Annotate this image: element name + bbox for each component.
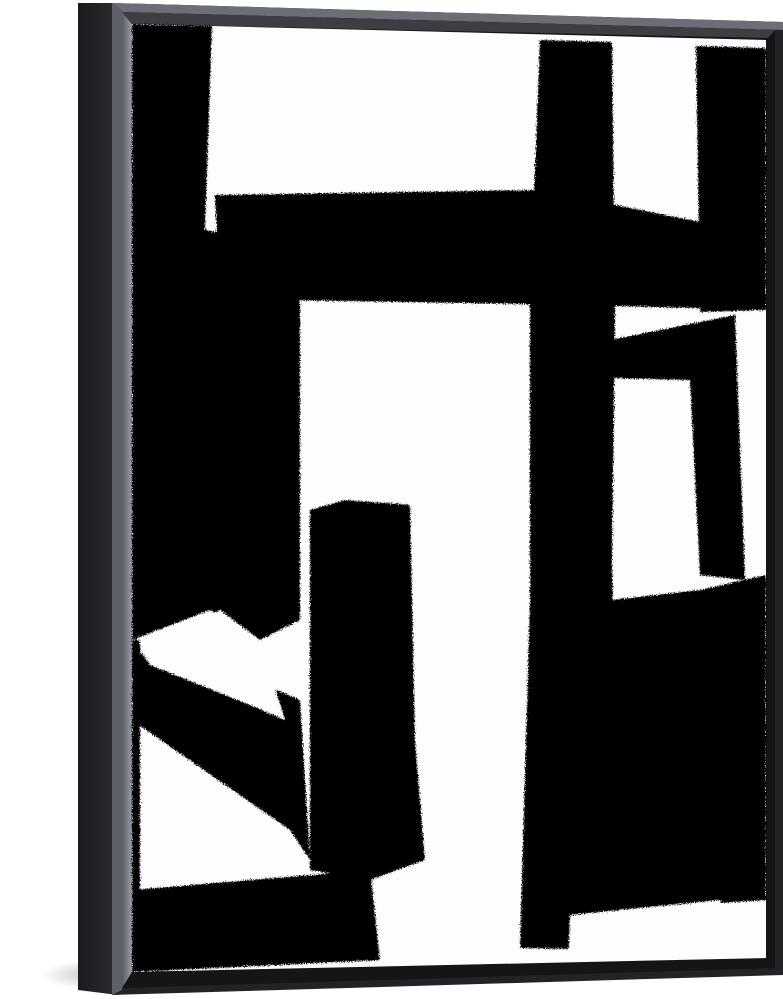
stroke-right-top [696, 46, 766, 312]
stroke-left-edge [132, 640, 140, 900]
frame-inner-lip-left [122, 12, 132, 988]
framed-artwork [0, 0, 783, 999]
stroke-right-lower [612, 575, 766, 910]
canvas [132, 24, 766, 972]
stroke-center-column [520, 40, 620, 950]
frame-left-bevel [112, 3, 122, 995]
stroke-center-block [310, 500, 425, 880]
